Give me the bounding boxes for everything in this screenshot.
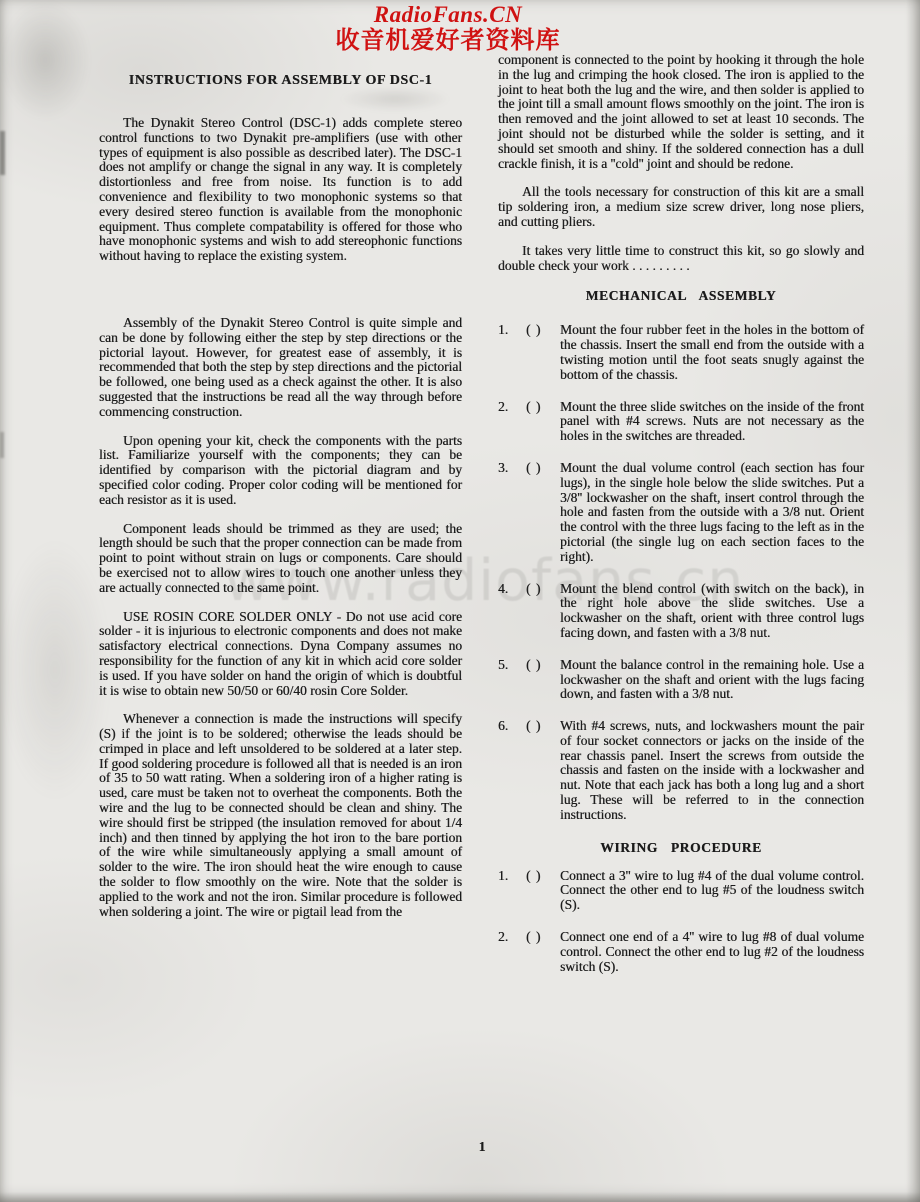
step-number: 2. xyxy=(498,400,526,444)
step-text: With #4 screws, nuts, and lockwashers mo… xyxy=(560,719,864,823)
checkbox-mark: ( ) xyxy=(526,719,560,823)
paragraph-soldering-cont: component is connected to the point by h… xyxy=(498,53,864,171)
checkbox-mark: ( ) xyxy=(526,323,560,382)
scan-smudge xyxy=(0,0,90,120)
scan-edge-mark xyxy=(0,131,5,175)
scanned-document-page: RadioFans.CN 收音机爱好者资料库 www.radiofans.cn … xyxy=(0,0,920,1202)
page-number: 1 xyxy=(462,1139,502,1155)
mechanical-step-2: 2. ( ) Mount the three slide switches on… xyxy=(498,400,864,444)
paragraph-soldering: Whenever a connection is made the instru… xyxy=(99,712,462,919)
scan-edge-shading xyxy=(0,1192,920,1202)
step-text: Mount the three slide switches on the in… xyxy=(560,400,864,444)
paragraph-assembly: Assembly of the Dynakit Stereo Control i… xyxy=(99,316,462,420)
left-column: INSTRUCTIONS FOR ASSEMBLY OF DSC-1 The D… xyxy=(99,73,462,933)
step-text: Mount the blend control (with switch on … xyxy=(560,582,864,641)
checkbox-mark: ( ) xyxy=(526,930,560,974)
radiofans-logo-text: RadioFans.CN xyxy=(318,3,578,27)
step-text: Connect one end of a 4'' wire to lug #8 … xyxy=(560,930,864,974)
right-column: component is connected to the point by h… xyxy=(498,53,864,991)
paragraph-component-leads: Component leads should be trimmed as the… xyxy=(99,522,462,596)
wiring-procedure-heading: WIRING PROCEDURE xyxy=(498,840,864,855)
mechanical-step-1: 1. ( ) Mount the four rubber feet in the… xyxy=(498,323,864,382)
step-number: 4. xyxy=(498,582,526,641)
mechanical-step-4: 4. ( ) Mount the blend control (with swi… xyxy=(498,582,864,641)
mechanical-step-3: 3. ( ) Mount the dual volume control (ea… xyxy=(498,461,864,565)
paragraph-parts-check: Upon opening your kit, check the compone… xyxy=(99,434,462,508)
step-number: 2. xyxy=(498,930,526,974)
paragraph-go-slowly: It takes very little time to construct t… xyxy=(498,244,864,274)
checkbox-mark: ( ) xyxy=(526,461,560,565)
scan-shading xyxy=(0,540,110,800)
paragraph-intro: The Dynakit Stereo Control (DSC-1) adds … xyxy=(99,116,462,264)
document-title: INSTRUCTIONS FOR ASSEMBLY OF DSC-1 xyxy=(99,73,462,88)
step-number: 6. xyxy=(498,719,526,823)
step-number: 5. xyxy=(498,658,526,702)
step-text: Mount the balance control in the remaini… xyxy=(560,658,864,702)
checkbox-mark: ( ) xyxy=(526,658,560,702)
paragraph-rosin-solder: USE ROSIN CORE SOLDER ONLY - Do not use … xyxy=(99,610,462,699)
mechanical-step-5: 5. ( ) Mount the balance control in the … xyxy=(498,658,864,702)
mechanical-step-6: 6. ( ) With #4 screws, nuts, and lockwas… xyxy=(498,719,864,823)
step-text: Mount the four rubber feet in the holes … xyxy=(560,323,864,382)
step-number: 1. xyxy=(498,869,526,913)
checkbox-mark: ( ) xyxy=(526,400,560,444)
checkbox-mark: ( ) xyxy=(526,582,560,641)
paragraph-tools: All the tools necessary for construction… xyxy=(498,185,864,229)
step-text: Connect a 3'' wire to lug #4 of the dual… xyxy=(560,869,864,913)
step-number: 1. xyxy=(498,323,526,382)
watermark-header: RadioFans.CN 收音机爱好者资料库 xyxy=(318,3,578,53)
step-text: Mount the dual volume control (each sect… xyxy=(560,461,864,565)
wiring-step-2: 2. ( ) Connect one end of a 4'' wire to … xyxy=(498,930,864,974)
wiring-step-1: 1. ( ) Connect a 3'' wire to lug #4 of t… xyxy=(498,869,864,913)
step-number: 3. xyxy=(498,461,526,565)
scan-edge-mark xyxy=(0,432,4,458)
checkbox-mark: ( ) xyxy=(526,869,560,913)
mechanical-assembly-heading: MECHANICAL ASSEMBLY xyxy=(498,288,864,303)
scan-edge-shading xyxy=(906,0,920,1202)
radiofans-chinese-text: 收音机爱好者资料库 xyxy=(318,27,578,53)
